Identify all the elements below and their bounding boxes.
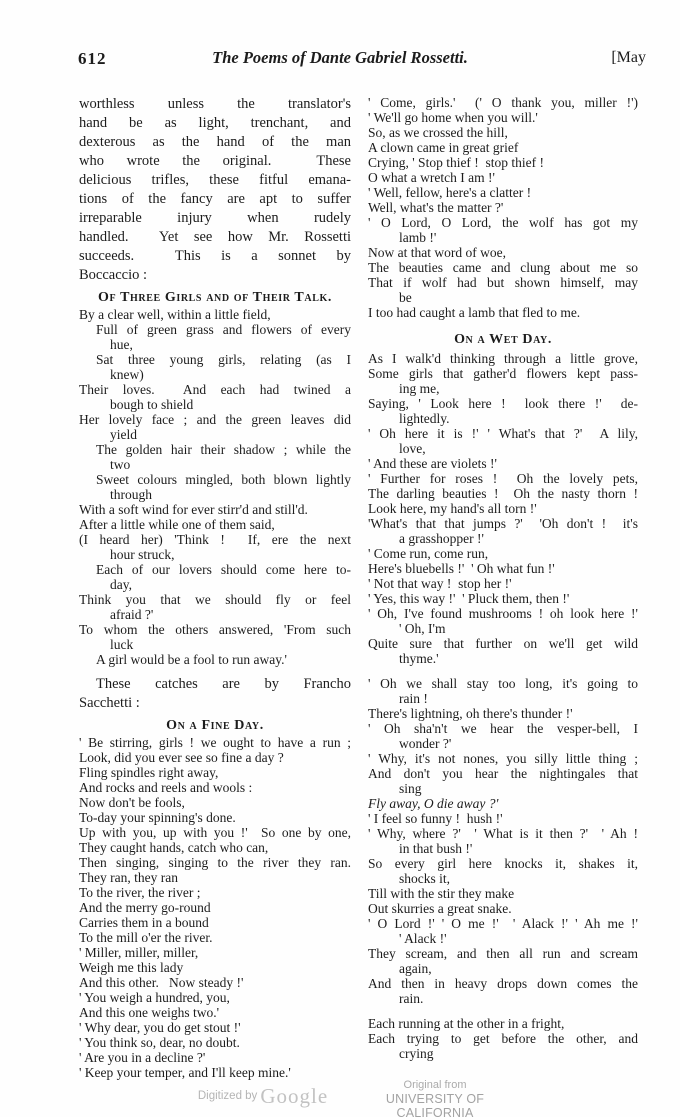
poem-line: Look here, my hand's all torn !'	[368, 501, 638, 516]
poem-line: And then in heavy drops down comes the	[368, 976, 638, 991]
poem-line: thyme.'	[368, 651, 638, 666]
poem-line: And the merry go-round	[79, 900, 351, 915]
running-title: The Poems of Dante Gabriel Rossetti.	[0, 48, 680, 68]
poem-line: ' Why, it's not nones, you silly little …	[368, 751, 638, 766]
poem-heading-wet-day: On a Wet Day.	[368, 332, 638, 347]
intro-line: dexterous as the hand of the man	[79, 133, 351, 152]
poem-line: rain !	[368, 691, 638, 706]
poem-line: Quite sure that further on we'll get wil…	[368, 636, 638, 651]
poem-line: They ran, they ran	[79, 870, 351, 885]
poem-wet-day: As I walk'd thinking through a little gr…	[368, 351, 638, 1061]
issue-month: [May	[611, 49, 646, 67]
poem-line: To whom the others answered, 'From such	[79, 622, 351, 637]
poem-line: As I walk'd thinking through a little gr…	[368, 351, 638, 366]
poem-line: And don't you hear the nightingales that	[368, 766, 638, 781]
poem-line: A clown came in great grief	[368, 140, 638, 155]
poem-line: ing me,	[368, 381, 638, 396]
poem-line: Sat three young girls, relating (as I	[79, 352, 351, 367]
poem-line: They scream, and then all run and scream	[368, 946, 638, 961]
intro-line: succeeds. This is a sonnet by	[79, 247, 351, 266]
poem-line: O what a wretch I am !'	[368, 170, 638, 185]
right-column: ' Come, girls.' (' O thank you, miller !…	[368, 95, 638, 1061]
poem-line: luck	[79, 637, 351, 652]
poem-line: hour struck,	[79, 547, 351, 562]
poem-fine-day: ' Be stirring, girls ! we ought to have …	[79, 735, 351, 1080]
poem-line: Think you that we should fly or feel	[79, 592, 351, 607]
poem-line: With a soft wind for ever stirr'd and st…	[79, 502, 351, 517]
poem-line: ' And these are violets !'	[368, 456, 638, 471]
poem-line: ' Yes, this way !' ' Pluck them, then !'	[368, 591, 638, 606]
poem-line: sing	[368, 781, 638, 796]
poem-line: two	[79, 457, 351, 472]
digitized-by-label: Digitized by	[198, 1090, 257, 1102]
poem-line: knew)	[79, 367, 351, 382]
poem-line: The golden hair their shadow ; while the	[79, 442, 351, 457]
poem-line: ' Not that way ! stop her !'	[368, 576, 638, 591]
intro-line: tions of the fancy are apt to suffer	[79, 190, 351, 209]
google-wordmark: Google	[260, 1084, 328, 1108]
page-header: 612 The Poems of Dante Gabriel Rossetti.…	[0, 48, 680, 70]
poem-line: ' Come run, come run,	[368, 546, 638, 561]
poem-heading-three-girls: Of Three Girls and of Their Talk.	[79, 290, 351, 305]
poem-line: ' Be stirring, girls ! we ought to have …	[79, 735, 351, 750]
intro-line: who wrote the original. These	[79, 152, 351, 171]
institution-label: UNIVERSITY OF CALIFORNIA	[360, 1092, 510, 1117]
poem-line: And rocks and reels and wools :	[79, 780, 351, 795]
poem-line: Then singing, singing to the river they …	[79, 855, 351, 870]
catches-paragraph: These catches are by FranchoSacchetti :	[79, 675, 351, 713]
poem-line: ' O Lord !' ' O me !' ' Alack !' ' Ah me…	[368, 916, 638, 931]
original-from-label: Original from	[360, 1078, 510, 1092]
poem-line: Now at that word of woe,	[368, 245, 638, 260]
intro-line: irreparable injury when rudely	[79, 209, 351, 228]
poem-line: And this one weighs two.'	[79, 1005, 351, 1020]
poem-line: Each running at the other in a fright,	[368, 1016, 638, 1031]
poem-line: ' O Lord, O Lord, the wolf has got my	[368, 215, 638, 230]
poem-line: They caught hands, catch who can,	[79, 840, 351, 855]
poem-line: love,	[368, 441, 638, 456]
poem-heading-fine-day: On a Fine Day.	[79, 718, 351, 733]
poem-line: Weigh me this lady	[79, 960, 351, 975]
poem-line: ' You weigh a hundred, you,	[79, 990, 351, 1005]
poem-line: ' Keep your temper, and I'll keep mine.'	[79, 1065, 351, 1080]
left-column: worthless unless the translator'shand be…	[79, 95, 351, 1080]
poem-three-girls: By a clear well, within a little field,F…	[79, 307, 351, 667]
poem-line: afraid ?'	[79, 607, 351, 622]
poem-line: Saying, ' Look here ! look there !' de-	[368, 396, 638, 411]
poem-line: again,	[368, 961, 638, 976]
poem-line: ' Miller, miller, miller,	[79, 945, 351, 960]
poem-line: through	[79, 487, 351, 502]
scanned-book-page: 612 The Poems of Dante Gabriel Rossetti.…	[0, 0, 680, 1117]
poem-line: ' Alack !'	[368, 931, 638, 946]
poem-line: day,	[79, 577, 351, 592]
poem-line: After a little while one of them said,	[79, 517, 351, 532]
intro-line: hand be as light, trenchant, and	[79, 114, 351, 133]
poem-line: ' Oh, I've found mushrooms ! oh look her…	[368, 606, 638, 621]
intro-line: worthless unless the translator's	[79, 95, 351, 114]
poem-line: So, as we crossed the hill,	[368, 125, 638, 140]
poem-line: ' I feel so funny ! hush !'	[368, 811, 638, 826]
poem-line: ' We'll go home when you will.'	[368, 110, 638, 125]
poem-line: Each trying to get before the other, and	[368, 1031, 638, 1046]
poem-line: Each of our lovers should come here to-	[79, 562, 351, 577]
poem-line: The beauties came and clung about me so	[368, 260, 638, 275]
poem-line: Full of green grass and flowers of every	[79, 322, 351, 337]
poem-line: in that bush !'	[368, 841, 638, 856]
poem-line: ' Come, girls.' (' O thank you, miller !…	[368, 95, 638, 110]
poem-line: 'What's that that jumps ?' 'Oh don't ! i…	[368, 516, 638, 531]
poem-line: ' Oh, I'm	[368, 621, 638, 636]
poem-line: hue,	[79, 337, 351, 352]
poem-line: To the river, the river ;	[79, 885, 351, 900]
original-from-watermark: Original from UNIVERSITY OF CALIFORNIA	[360, 1078, 510, 1117]
poem-fine-day-continued: ' Come, girls.' (' O thank you, miller !…	[368, 95, 638, 320]
poem-line: Sweet colours mingled, both blown lightl…	[79, 472, 351, 487]
poem-line: ' You think so, dear, no doubt.	[79, 1035, 351, 1050]
poem-line: I too had caught a lamb that fled to me.	[368, 305, 638, 320]
poem-line: Look, did you ever see so fine a day ?	[79, 750, 351, 765]
poem-line: That if wolf had but shown himself, may	[368, 275, 638, 290]
poem-line: Their loves. And each had twined a	[79, 382, 351, 397]
poem-line: Some girls that gather'd flowers kept pa…	[368, 366, 638, 381]
poem-line: ' Why, where ?' ' What is it then ?' ' A…	[368, 826, 638, 841]
digitized-by-watermark: Digitized byGoogle	[168, 1084, 358, 1109]
poem-line: By a clear well, within a little field,	[79, 307, 351, 322]
poem-line: Now don't be fools,	[79, 795, 351, 810]
poem-line: Fly away, O die away ?'	[368, 796, 638, 811]
intro-line: Sacchetti :	[79, 694, 351, 713]
poem-line: To-day your spinning's done.	[79, 810, 351, 825]
poem-line: shocks it,	[368, 871, 638, 886]
poem-line: To the mill o'er the river.	[79, 930, 351, 945]
poem-line: Till with the stir they make	[368, 886, 638, 901]
poem-line: There's lightning, oh there's thunder !'	[368, 706, 638, 721]
poem-line: Crying, ' Stop thief ! stop thief !	[368, 155, 638, 170]
poem-line: rain.	[368, 991, 638, 1006]
poem-line: A girl would be a fool to run away.'	[79, 652, 351, 667]
poem-line: Fling spindles right away,	[79, 765, 351, 780]
poem-line: lamb !'	[368, 230, 638, 245]
poem-line: bough to shield	[79, 397, 351, 412]
intro-line: Boccaccio :	[79, 266, 351, 285]
poem-line: crying	[368, 1046, 638, 1061]
poem-line: yield	[79, 427, 351, 442]
poem-line: ' Are you in a decline ?'	[79, 1050, 351, 1065]
poem-line: And this other. Now steady !'	[79, 975, 351, 990]
poem-line: a grasshopper !'	[368, 531, 638, 546]
poem-line: Up with you, up with you !' So one by on…	[79, 825, 351, 840]
intro-line: handled. Yet see how Mr. Rossetti	[79, 228, 351, 247]
poem-line: So every girl here knocks it, shakes it,	[368, 856, 638, 871]
poem-line: ' Why dear, you do get stout !'	[79, 1020, 351, 1035]
poem-line: be	[368, 290, 638, 305]
intro-line: These catches are by Francho	[79, 675, 351, 694]
poem-line: ' Oh we shall stay too long, it's going …	[368, 676, 638, 691]
poem-line: Carries them in a bound	[79, 915, 351, 930]
poem-line: ' Oh sha'n't we hear the vesper-bell, I	[368, 721, 638, 736]
intro-paragraph: worthless unless the translator'shand be…	[79, 95, 351, 285]
poem-line: (I heard her) 'Think ! If, ere the next	[79, 532, 351, 547]
poem-line: Out skurries a great snake.	[368, 901, 638, 916]
poem-line: ' Well, fellow, here's a clatter !	[368, 185, 638, 200]
intro-line: delicious trifles, these fitful emana-	[79, 171, 351, 190]
poem-line: lightedly.	[368, 411, 638, 426]
poem-line: wonder ?'	[368, 736, 638, 751]
poem-line: ' Oh here it is !' ' What's that ?' A li…	[368, 426, 638, 441]
poem-line: Here's bluebells !' ' Oh what fun !'	[368, 561, 638, 576]
poem-line: The darling beauties ! Oh the nasty thor…	[368, 486, 638, 501]
poem-line: Well, what's the matter ?'	[368, 200, 638, 215]
poem-line: Her lovely face ; and the green leaves d…	[79, 412, 351, 427]
poem-line: ' Further for roses ! Oh the lovely pets…	[368, 471, 638, 486]
